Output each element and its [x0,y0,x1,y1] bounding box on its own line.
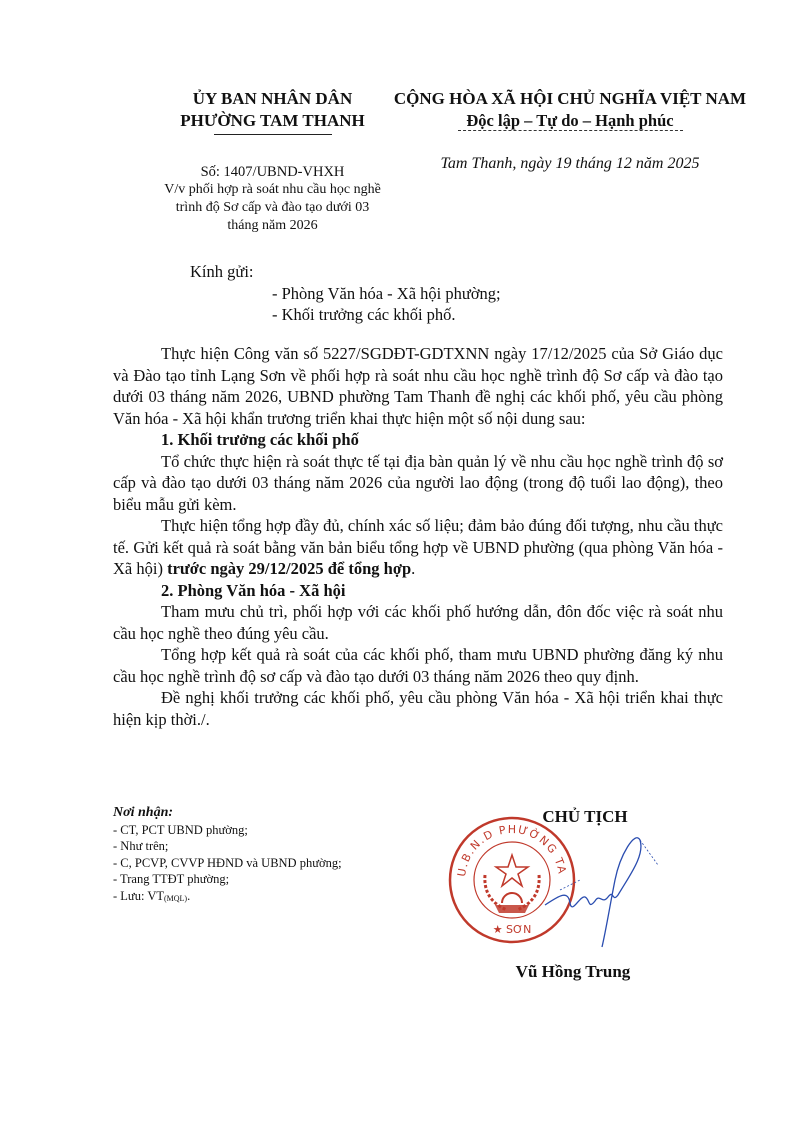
deadline-emphasis: trước ngày 29/12/2025 để tổng hợp [167,559,411,578]
recipients-title: Nơi nhận: [113,805,342,822]
section-1-heading: 1. Khối trưởng các khối phố [113,429,723,451]
subject-line: tháng năm 2026 [130,217,415,235]
place-and-date: Tam Thanh, ngày 19 tháng 12 năm 2025 [365,155,775,173]
intro-paragraph: Thực hiện Công văn số 5227/SGDĐT-GDTXNN … [113,343,723,429]
section-2-heading: 2. Phòng Văn hóa - Xã hội [113,580,723,602]
section-1-paragraph: Tổ chức thực hiện rà soát thực tế tại đị… [113,451,723,516]
archive-label: - Lưu: VT [113,889,164,903]
svg-text:★ SƠN: ★ SƠN [493,923,532,936]
section-1-paragraph-2: Thực hiện tổng hợp đầy đủ, chính xác số … [113,515,723,580]
country-name: CỘNG HÒA XÃ HỘI CHỦ NGHĨA VIỆT NAM [365,88,775,110]
addressee-item: - Phòng Văn hóa - Xã hội phường; [272,283,501,304]
handwritten-signature-icon [540,835,660,950]
recipients-block: Nơi nhận: - CT, PCT UBND phường; - Như t… [113,805,342,907]
recipient-item: - Trang TTĐT phường; [113,871,342,888]
agency-underline [214,134,332,135]
recipient-item: - CT, PCT UBND phường; [113,822,342,839]
addressee-item: - Khối trưởng các khối phố. [272,304,501,325]
closing-paragraph: Đề nghị khối trưởng các khối phố, yêu cầ… [113,687,723,730]
archive-end: . [187,889,190,903]
deadline-end: . [411,559,415,578]
document-body: Thực hiện Công văn số 5227/SGDĐT-GDTXNN … [113,343,723,730]
section-2-paragraph: Tham mưu chủ trì, phối hợp với các khối … [113,601,723,644]
archive-subscript: (MQL) [164,894,187,903]
subject-line: V/v phối hợp rà soát nhu cầu học nghề [130,181,415,199]
section-2-paragraph-2: Tổng hợp kết quả rà soát của các khối ph… [113,644,723,687]
recipient-item: - Như trên; [113,838,342,855]
addressee-list: - Phòng Văn hóa - Xã hội phường; - Khối … [272,283,501,325]
document-subject: V/v phối hợp rà soát nhu cầu học nghề tr… [130,181,415,235]
subject-line: trình độ Sơ cấp và đào tạo dưới 03 [130,199,415,217]
national-heading: CỘNG HÒA XÃ HỘI CHỦ NGHĨA VIỆT NAM Độc l… [365,88,775,131]
signer-name: Vũ Hồng Trung [488,962,658,982]
addressee-label: Kính gửi: [190,262,254,282]
recipient-archive: - Lưu: VT(MQL). [113,888,342,908]
recipient-item: - C, PCVP, CVVP HĐND và UBND phường; [113,855,342,872]
national-motto: Độc lập – Tự do – Hạnh phúc [365,110,775,132]
